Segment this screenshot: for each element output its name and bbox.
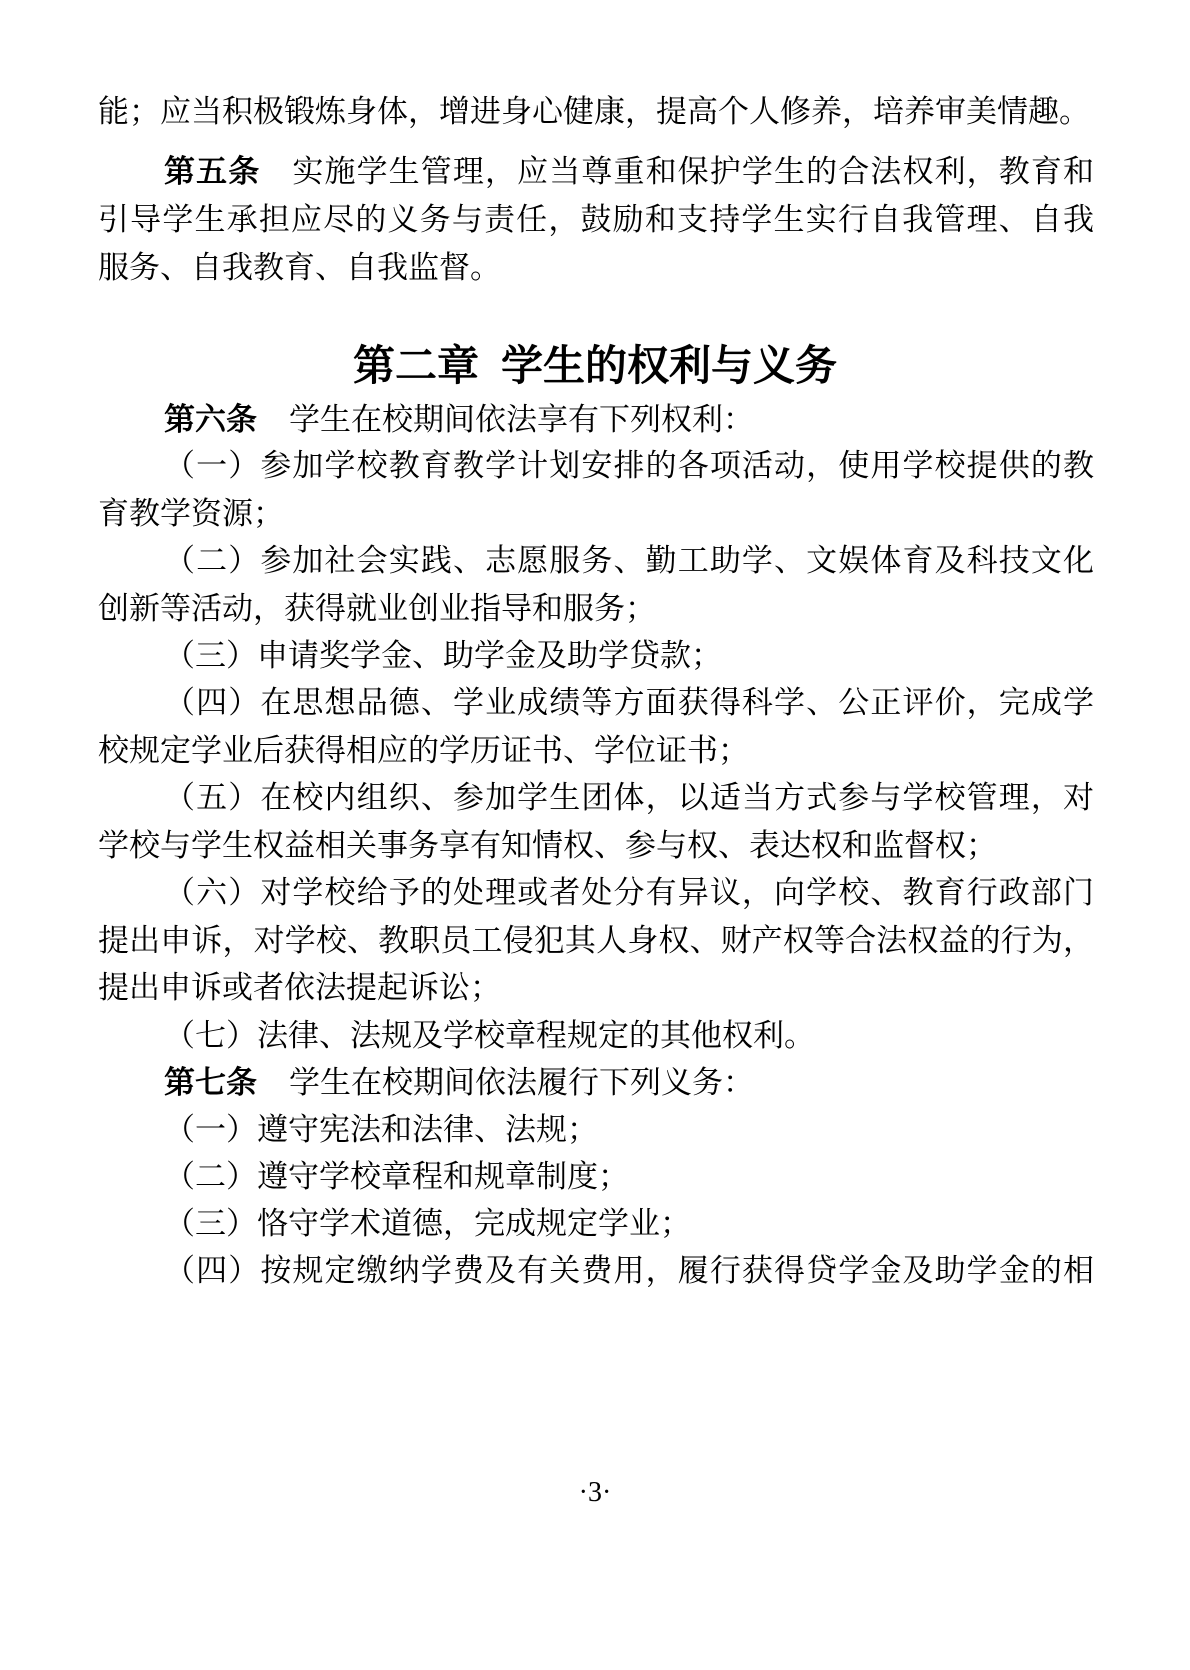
article-5-line-1: 第五条实施学生管理，应当尊重和保护学生的合法权利，教育和 — [164, 152, 1094, 192]
article-6-lead: 学生在校期间依法享有下列权利： — [289, 402, 754, 438]
article-5-line-2: 引导学生承担应尽的义务与责任，鼓励和支持学生实行自我管理、自我 — [98, 200, 1094, 240]
article-6-item-6-line-1: （六）对学校给予的处理或者处分有异议，向学校、教育行政部门 — [164, 873, 1094, 913]
chapter-heading: 第二章学生的权利与义务 — [0, 338, 1190, 394]
chapter-title-text: 学生的权利与义务 — [501, 341, 837, 390]
article-7-item-4-line-1: （四）按规定缴纳学费及有关费用，履行获得贷学金及助学金的相 — [164, 1251, 1094, 1291]
article-6-number: 第六条 — [164, 402, 257, 438]
article-6-item-2-line-1: （二）参加社会实践、志愿服务、勤工助学、文娱体育及科技文化 — [164, 541, 1094, 581]
article-6-item-1-line-2: 育教学资源； — [98, 494, 1094, 534]
chapter-number: 第二章 — [353, 341, 479, 390]
article-7-number: 第七条 — [164, 1065, 257, 1101]
article-6-item-6-line-3: 提出申诉或者依法提起诉讼； — [98, 968, 1094, 1008]
article-7-line-1: 第七条学生在校期间依法履行下列义务： — [164, 1063, 1094, 1103]
article-6-item-4-line-2: 校规定学业后获得相应的学历证书、学位证书； — [98, 731, 1094, 771]
article-7-item-2-line-1: （二）遵守学校章程和规章制度； — [164, 1157, 1094, 1197]
text-line-intro: 能；应当积极锻炼身体，增进身心健康，提高个人修养，培养审美情趣。 — [98, 92, 1094, 132]
article-7-item-1-line-1: （一）遵守宪法和法律、法规； — [164, 1110, 1094, 1150]
article-6-item-3-line-1: （三）申请奖学金、助学金及助学贷款； — [164, 636, 1094, 676]
article-5-number: 第五条 — [164, 154, 260, 190]
article-5-text: 实施学生管理，应当尊重和保护学生的合法权利，教育和 — [292, 154, 1094, 190]
page-number: ·3· — [0, 1477, 1190, 1509]
article-6-item-6-line-2: 提出申诉，对学校、教职员工侵犯其人身权、财产权等合法权益的行为， — [98, 921, 1094, 961]
article-6-item-7-line-1: （七）法律、法规及学校章程规定的其他权利。 — [164, 1016, 1094, 1056]
article-7-item-3-line-1: （三）恪守学术道德，完成规定学业； — [164, 1204, 1094, 1244]
article-6-item-1-line-1: （一）参加学校教育教学计划安排的各项活动，使用学校提供的教 — [164, 446, 1094, 486]
article-6-line-1: 第六条学生在校期间依法享有下列权利： — [164, 400, 1094, 440]
article-6-item-5-line-1: （五）在校内组织、参加学生团体，以适当方式参与学校管理，对 — [164, 778, 1094, 818]
article-6-item-2-line-2: 创新等活动，获得就业创业指导和服务； — [98, 589, 1094, 629]
article-6-item-4-line-1: （四）在思想品德、学业成绩等方面获得科学、公正评价，完成学 — [164, 683, 1094, 723]
article-7-lead: 学生在校期间依法履行下列义务： — [289, 1065, 754, 1101]
article-6-item-5-line-2: 学校与学生权益相关事务享有知情权、参与权、表达权和监督权； — [98, 826, 1094, 866]
article-5-line-3: 服务、自我教育、自我监督。 — [98, 248, 1094, 288]
